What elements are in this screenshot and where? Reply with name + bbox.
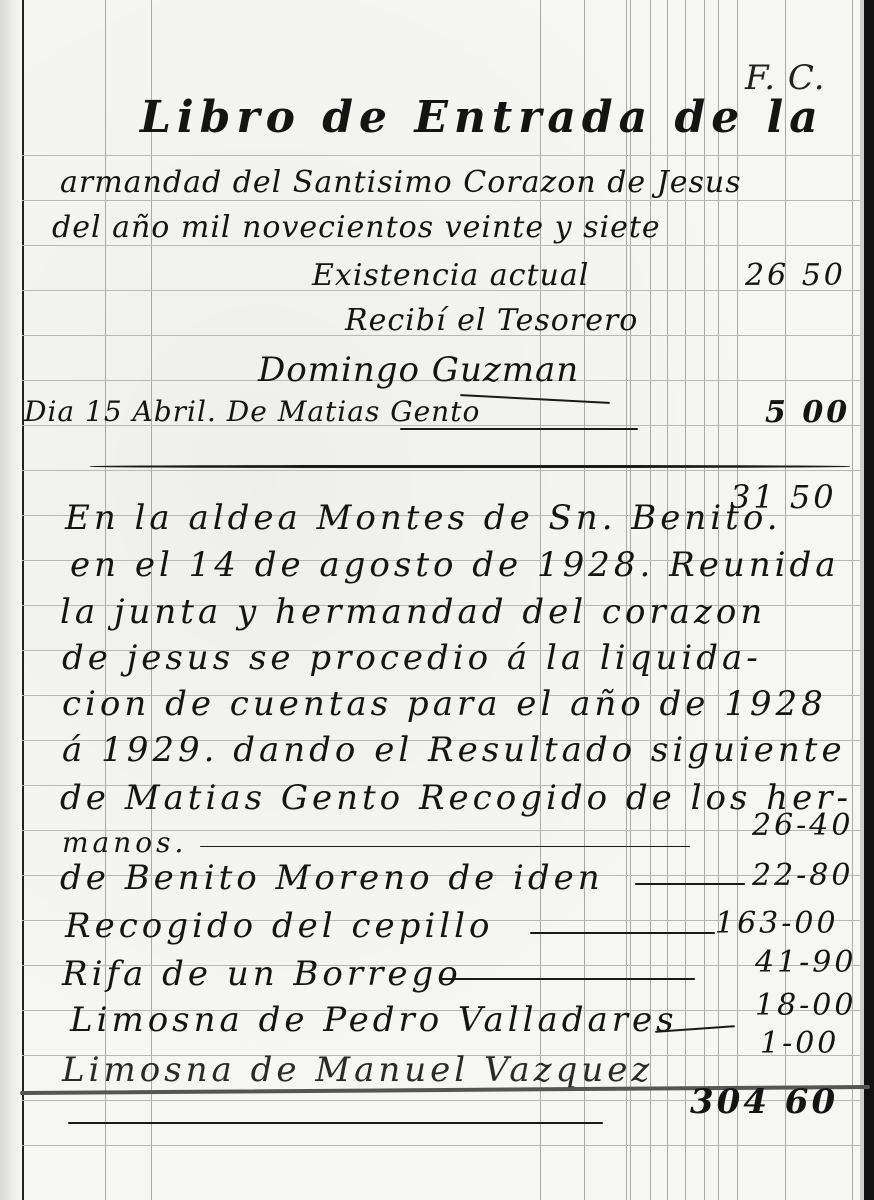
entry-amount: 163-00	[715, 906, 839, 941]
minutes-line: En la aldea Montes de Sn. Benito.	[65, 498, 782, 538]
entry-leader-line	[530, 932, 715, 934]
torn-left-edge	[0, 0, 24, 1200]
ruling-horizontal	[22, 1145, 860, 1146]
entry-label: Recogido del cepillo	[65, 906, 494, 946]
signature-flourish	[460, 394, 610, 404]
minutes-line: á 1929. dando el Resultado siguiente	[62, 730, 846, 770]
opening-balance-label: Existencia actual	[312, 258, 589, 293]
ruling-horizontal	[22, 200, 860, 201]
subtitle-line-1: armandad del Santisimo Corazon de Jesus	[60, 165, 742, 200]
entry-label: de Benito Moreno de iden	[60, 858, 604, 898]
minutes-line: de Matias Gento Recogido de los her-	[60, 778, 852, 818]
ledger-page: F. C. Libro de Entrada de la armandad de…	[0, 0, 874, 1200]
entry-amount: 1-00	[760, 1026, 839, 1061]
entry-amount: 22-80	[752, 858, 853, 893]
ruling-horizontal	[22, 155, 860, 156]
entry-label: Limosna de Manuel Vazquez	[62, 1050, 653, 1090]
entry-leader-line	[400, 428, 638, 430]
opening-balance-amount: 26 50	[745, 258, 846, 293]
entry-leader-line	[440, 978, 695, 980]
subtitle-line-2: del año mil novecientos veinte y siete	[52, 210, 661, 245]
entry-amount: 26-40	[752, 808, 853, 843]
grand-total: 304 60	[690, 1082, 838, 1122]
minutes-line: cion de cuentas para el año de 1928	[62, 684, 827, 724]
closing-rule	[68, 1122, 603, 1124]
section-divider	[90, 465, 850, 468]
minutes-line: la junta y hermandad del corazon	[60, 592, 766, 632]
page-edge	[860, 0, 864, 1200]
entry-leader-line	[635, 883, 745, 885]
entry-leader-line	[200, 846, 690, 847]
first-entry-amount: 5 00	[765, 395, 850, 430]
treasurer-signature: Domingo Guzman	[258, 350, 579, 390]
minutes-line: de jesus se procedio á la liquida-	[62, 638, 762, 678]
first-entry-label: Dia 15 Abril. De Matias Gento	[24, 395, 480, 428]
received-by: Recibí el Tesorero	[345, 303, 638, 338]
entry-label: Limosna de Pedro Valladares	[70, 1000, 678, 1040]
ruling-horizontal	[22, 245, 860, 246]
entry-amount: 18-00	[755, 988, 856, 1023]
binding-edge	[864, 0, 874, 1200]
entry-label: Rifa de un Borrego	[62, 954, 462, 994]
ruling-horizontal	[22, 470, 860, 471]
minutes-line: en el 14 de agosto de 1928. Reunida	[70, 545, 840, 585]
entry-amount: 41-90	[755, 945, 856, 980]
ledger-title: Libro de Entrada de la	[140, 92, 824, 143]
minutes-line: manos.	[62, 826, 187, 859]
